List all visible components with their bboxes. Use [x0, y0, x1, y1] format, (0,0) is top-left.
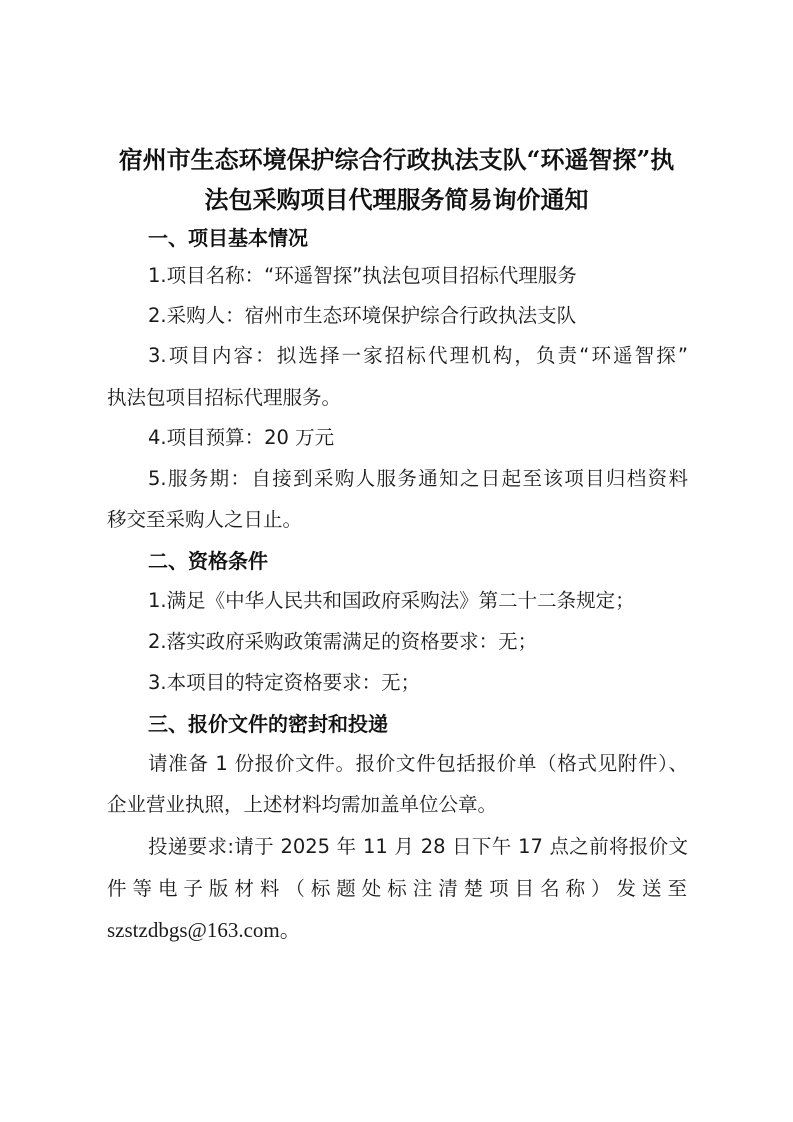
section3-para1-line2: 企业营业执照，上述材料均需加盖单位公章。: [107, 792, 687, 818]
document-page: 宿州市生态环境保护综合行政执法支队“环遥智探”执 法包采购项目代理服务简易询价通…: [0, 0, 793, 1122]
section2-item2: 2.落实政府采购政策需满足的资格要求：无；: [148, 629, 688, 655]
section1-item1: 1.项目名称：“环遥智探”执法包项目招标代理服务: [148, 263, 688, 289]
section3-para1-line1: 请准备 1 份报价文件。报价文件包括报价单（格式见附件）、: [148, 751, 688, 777]
section2-item1: 1.满足《中华人民共和国政府采购法》第二十二条规定；: [148, 588, 688, 614]
section1-item4: 4.项目预算：20 万元: [148, 425, 688, 451]
section3-para2-line2: 件等电子版材料（标题处标注清楚项目名称）发送至: [107, 876, 687, 902]
section3-heading: 三、报价文件的密封和投递: [148, 711, 688, 737]
section1-item3-line1: 3.项目内容：拟选择一家招标代理机构，负责“环遥智探”: [148, 343, 688, 369]
section2-heading: 二、资格条件: [148, 548, 688, 574]
section1-item2: 2.采购人：宿州市生态环境保护综合行政执法支队: [148, 303, 688, 329]
section1-item5-line2: 移交至采购人之日止。: [107, 507, 687, 533]
document-title-line1: 宿州市生态环境保护综合行政执法支队“环遥智探”执: [100, 140, 693, 180]
section1-item5-line1: 5.服务期：自接到采购人服务通知之日起至该项目归档资料: [148, 466, 688, 492]
section3-email: szstzdbgs@163.com。: [107, 917, 687, 943]
section3-para2-line1: 投递要求:请于 2025 年 11 月 28 日下午 17 点之前将报价文: [148, 834, 688, 860]
section1-item3-line2: 执法包项目招标代理服务。: [107, 385, 687, 411]
document-title-line2: 法包采购项目代理服务简易询价通知: [100, 180, 693, 220]
section2-item3: 3.本项目的特定资格要求：无；: [148, 670, 688, 696]
section1-heading: 一、项目基本情况: [148, 225, 688, 251]
